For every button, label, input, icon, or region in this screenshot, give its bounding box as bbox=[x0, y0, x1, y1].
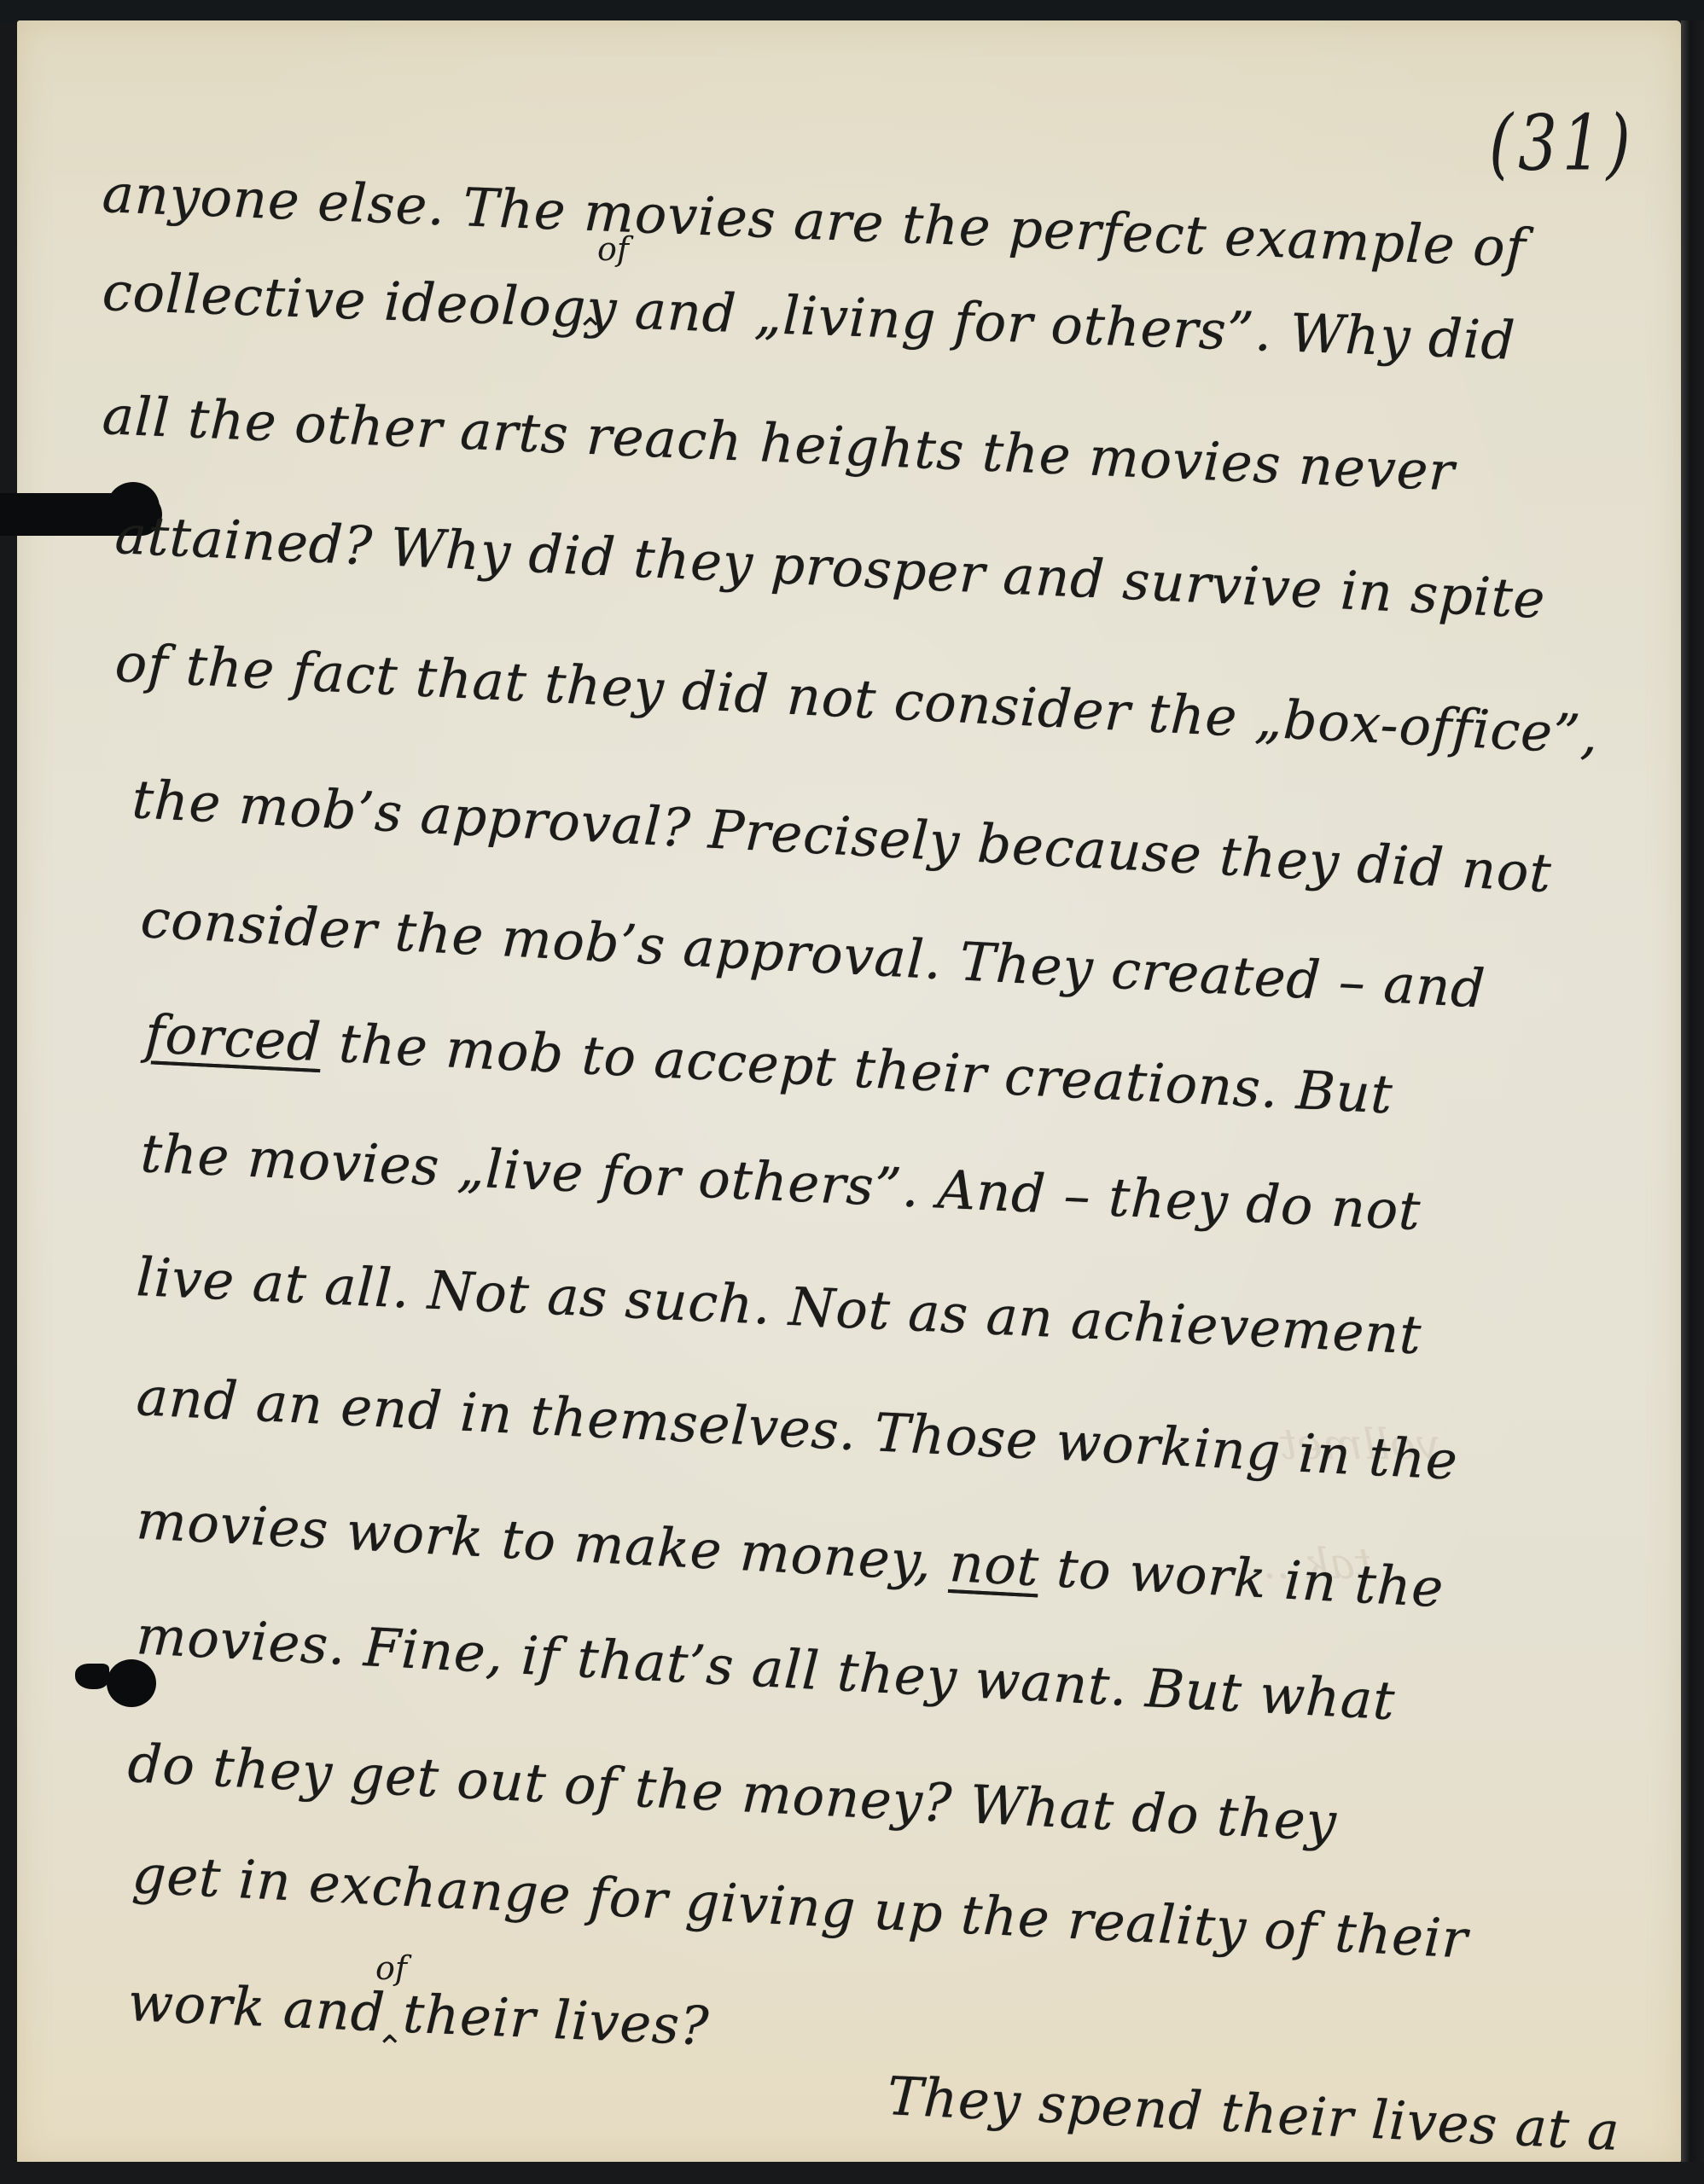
underlined-word: forced bbox=[143, 1002, 323, 1073]
caret-insertion: of bbox=[375, 1949, 407, 1987]
caret-mark-icon: ⌃ bbox=[375, 2029, 404, 2068]
scan-border-bottom bbox=[0, 2162, 1704, 2184]
caret-mark-icon: ⌃ bbox=[576, 311, 605, 351]
line-text: work and bbox=[126, 1971, 404, 2044]
page-number: (31) bbox=[1489, 98, 1636, 188]
scan-border-right bbox=[1681, 20, 1704, 2184]
punch-hole-torn bbox=[75, 1664, 109, 1689]
underlined-word: not bbox=[948, 1531, 1041, 1598]
line-text: their lives? bbox=[402, 1983, 711, 2058]
caret-insertion: of bbox=[597, 230, 629, 268]
